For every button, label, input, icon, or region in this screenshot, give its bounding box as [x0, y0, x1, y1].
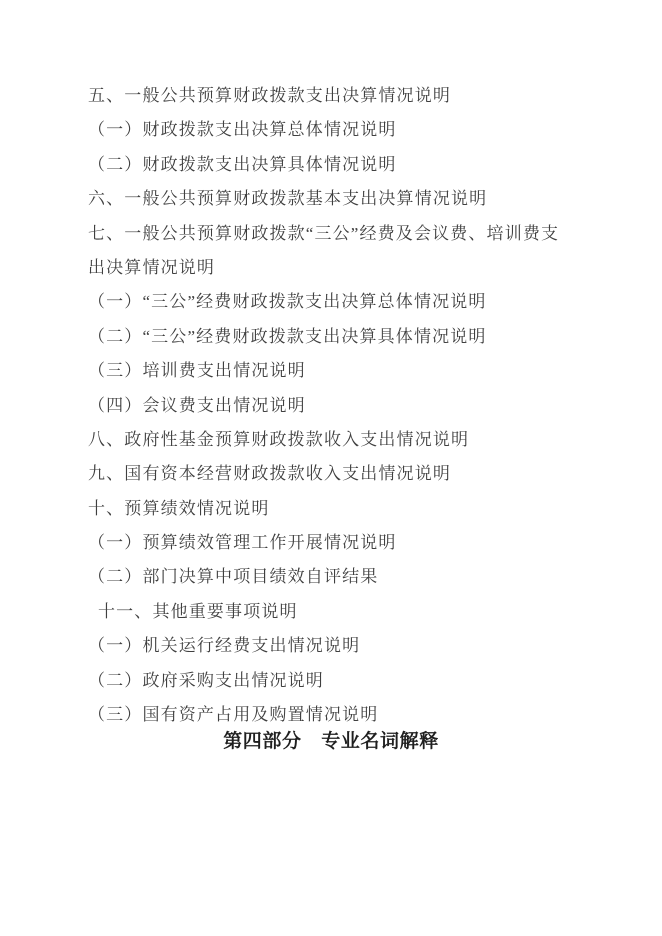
toc-line: 五、一般公共预算财政拨款支出决算情况说明 — [88, 79, 584, 113]
toc-list: 五、一般公共预算财政拨款支出决算情况说明（一）财政拨款支出决算总体情况说明（二）… — [88, 79, 584, 761]
toc-line: 十、预算绩效情况说明 — [88, 492, 584, 526]
section-heading: 第四部分 专业名词解释 — [78, 727, 584, 761]
toc-line: 十一、其他重要事项说明 — [88, 595, 584, 629]
toc-line: 九、国有资本经营财政拨款收入支出情况说明 — [88, 457, 584, 491]
toc-line: （四）会议费支出情况说明 — [88, 389, 584, 423]
toc-line: 六、一般公共预算财政拨款基本支出决算情况说明 — [88, 182, 584, 216]
toc-line: （二）部门决算中项目绩效自评结果 — [88, 560, 584, 594]
toc-line: （一）“三公”经费财政拨款支出决算总体情况说明 — [88, 285, 584, 319]
toc-line: （二）财政拨款支出决算具体情况说明 — [88, 148, 584, 182]
toc-line: （一）财政拨款支出决算总体情况说明 — [88, 113, 584, 147]
toc-line: （一）机关运行经费支出情况说明 — [88, 629, 584, 663]
toc-line: （二）“三公”经费财政拨款支出决算具体情况说明 — [88, 320, 584, 354]
toc-line: 出决算情况说明 — [88, 251, 584, 285]
document-page: 五、一般公共预算财政拨款支出决算情况说明（一）财政拨款支出决算总体情况说明（二）… — [0, 0, 662, 936]
toc-line: 八、政府性基金预算财政拨款收入支出情况说明 — [88, 423, 584, 457]
toc-line: （一）预算绩效管理工作开展情况说明 — [88, 526, 584, 560]
toc-line: （三）培训费支出情况说明 — [88, 354, 584, 388]
toc-line: （二）政府采购支出情况说明 — [88, 664, 584, 698]
toc-line: 七、一般公共预算财政拨款“三公”经费及会议费、培训费支 — [88, 217, 584, 251]
